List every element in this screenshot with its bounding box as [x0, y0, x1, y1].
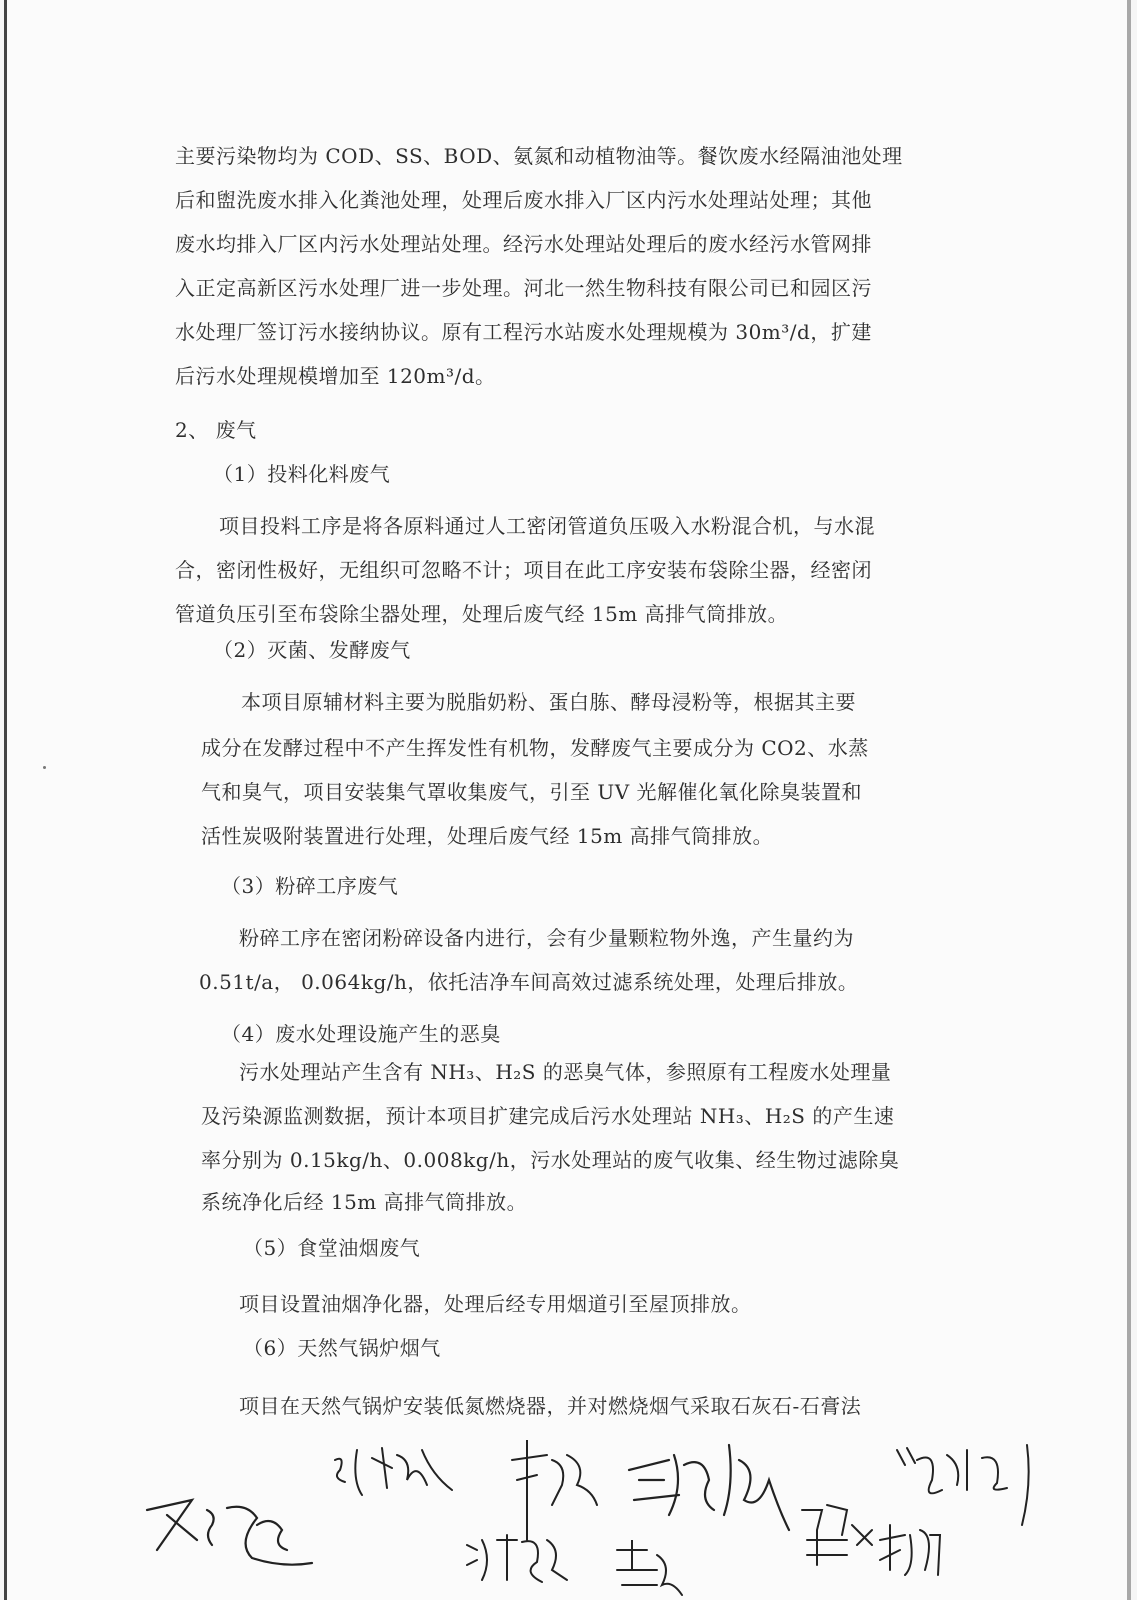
subsection-heading: （6）天然气锅炉烟气: [243, 1336, 441, 1360]
section-heading: 2、 废气: [175, 418, 257, 442]
subsection-heading: （3）粉碎工序废气: [221, 874, 398, 898]
text-line: 水处理厂签订污水接纳协议。原有工程污水站废水处理规模为 30m³/d，扩建: [175, 320, 872, 344]
text-line: 后污水处理规模增加至 120m³/d。: [175, 364, 496, 388]
signature-7: [607, 1540, 687, 1600]
text-line: 主要污染物均为 COD、SS、BOD、氨氮和动植物油等。餐饮废水经隔油池处理: [175, 144, 903, 168]
signature-9: [875, 1520, 945, 1580]
text-line: 成分在发酵过程中不产生挥发性有机物，发酵废气主要成分为 CO2、水蒸: [201, 736, 869, 760]
signature-area: [7, 1440, 1137, 1600]
text-line: 入正定高新区污水处理厂进一步处理。河北一然生物科技有限公司已和园区污: [175, 276, 872, 300]
text-line: 项目设置油烟净化器，处理后经专用烟道引至屋顶排放。: [239, 1292, 752, 1316]
text-line: 项目在天然气锅炉安装低氮燃烧器，并对燃烧烟气采取石灰石-石膏法: [239, 1394, 861, 1418]
text-line: 及污染源监测数据，预计本项目扩建完成后污水处理站 NH₃、H₂S 的产生速: [201, 1104, 894, 1128]
subsection-heading: （2）灭菌、发酵废气: [213, 638, 411, 662]
subsection-heading: （4）废水处理设施产生的恶臭: [221, 1022, 501, 1046]
signature-8: [797, 1500, 877, 1570]
text-line: 活性炭吸附装置进行处理，处理后废气经 15m 高排气筒排放。: [201, 824, 773, 848]
text-line: 粉碎工序在密闭粉碎设备内进行，会有少量颗粒物外逸，产生量约为: [239, 926, 854, 950]
signature-6: [462, 1530, 572, 1590]
text-line: 本项目原辅材料主要为脱脂奶粉、蛋白胨、酵母浸粉等，根据其主要: [241, 690, 856, 714]
signature-2: [327, 1440, 467, 1510]
text-line: 管道负压引至布袋除尘器处理，处理后废气经 15m 高排气筒排放。: [175, 602, 788, 626]
subsection-heading: （5）食堂油烟废气: [243, 1236, 420, 1260]
text-line: 合，密闭性极好，无组织可忽略不计；项目在此工序安装布袋除尘器，经密闭: [175, 558, 872, 582]
text-line: 气和臭气，项目安装集气罩收集废气，引至 UV 光解催化氧化除臭装置和: [201, 780, 862, 804]
subsection-heading: （1）投料化料废气: [213, 462, 390, 486]
signature-4: [619, 1440, 819, 1550]
text-line: 率分别为 0.15kg/h、0.008kg/h，污水处理站的废气收集、经生物过滤…: [201, 1148, 899, 1172]
text-line: 0.51t/a， 0.064kg/h，依托洁净车间高效过滤系统处理，处理后排放。: [199, 970, 858, 994]
scanned-page: 主要污染物均为 COD、SS、BOD、氨氮和动植物油等。餐饮废水经隔油池处理 后…: [4, 0, 1131, 1600]
text-line: 废水均排入厂区内污水处理站处理。经污水处理站处理后的废水经污水管网排: [175, 232, 872, 256]
text-line: 后和盥洗废水排入化粪池处理，处理后废水排入厂区内污水处理站处理；其他: [175, 188, 872, 212]
text-line: 项目投料工序是将各原料通过人工密闭管道负压吸入水粉混合机，与水混: [219, 514, 875, 538]
signature-1: [137, 1480, 337, 1570]
text-line: 污水处理站产生含有 NH₃、H₂S 的恶臭气体，参照原有工程废水处理量: [239, 1060, 891, 1084]
scan-speck: [43, 766, 46, 769]
text-line: 系统净化后经 15m 高排气筒排放。: [201, 1190, 527, 1214]
